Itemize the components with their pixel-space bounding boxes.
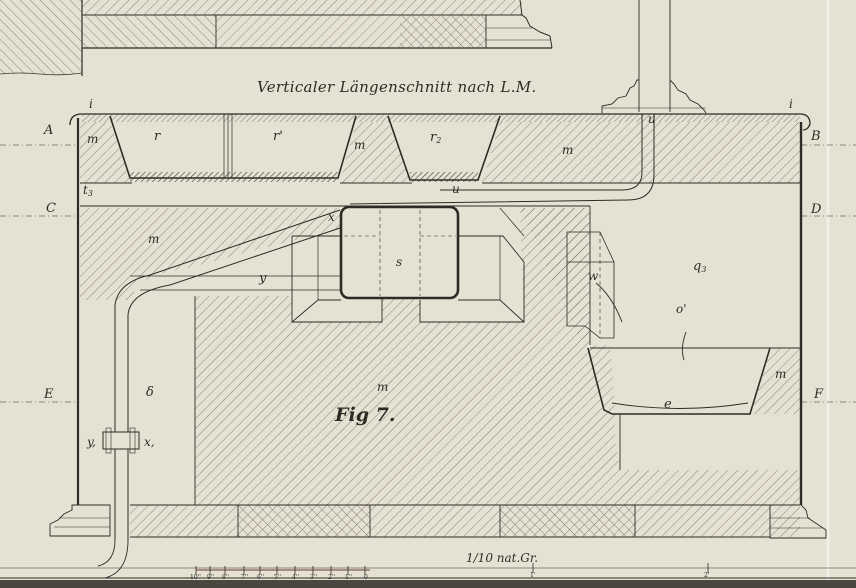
stove-body [0, 114, 856, 578]
label-u-lower: u [452, 183, 460, 195]
label-x1: x, [144, 436, 155, 448]
scale-bar [0, 563, 856, 578]
label-m-center: m [377, 381, 388, 393]
scale-label: 1/10 nat.Gr. [466, 552, 538, 564]
label-m-right: m [775, 368, 786, 380]
section-marker-E: E [44, 388, 54, 401]
section-marker-D: D [811, 203, 821, 216]
label-y: y [259, 272, 266, 285]
label-i-right: i [789, 98, 793, 110]
label-m-top-left: m [87, 133, 98, 145]
scale-tick: 2' [704, 573, 709, 579]
label-m-left: m [148, 233, 159, 245]
label-s: s [396, 256, 402, 268]
label-m-top-right: m [562, 144, 573, 156]
chimney-collar [602, 80, 706, 113]
label-r2: r2 [430, 131, 441, 145]
label-r-prime: r' [273, 130, 283, 143]
section-marker-F: F [814, 388, 823, 401]
section-marker-B: B [811, 130, 821, 143]
label-w: w [588, 270, 598, 282]
label-r: r [154, 130, 160, 143]
label-delta: δ [146, 386, 154, 399]
label-y1: y, [87, 436, 96, 448]
label-i-left: i [89, 98, 93, 110]
label-o-prime: o' [676, 303, 687, 315]
label-u-top: u [648, 113, 656, 125]
section-marker-A: A [44, 124, 53, 137]
technical-drawing-plate: Verticaler Längenschnitt nach L.M. A C E… [0, 0, 856, 588]
label-e: e [664, 398, 672, 411]
label-t3: t3 [83, 184, 93, 198]
section-marker-C: C [46, 202, 56, 215]
plate-bottom-edge [0, 580, 856, 588]
scale-tick: 1' [530, 573, 535, 579]
label-x: x [328, 211, 335, 223]
figure-title: Verticaler Längenschnitt nach L.M. [257, 80, 537, 95]
label-m-top-mid: m [354, 139, 365, 151]
label-q3: q3 [693, 260, 706, 274]
figure-label: Fig 7. [335, 406, 395, 425]
